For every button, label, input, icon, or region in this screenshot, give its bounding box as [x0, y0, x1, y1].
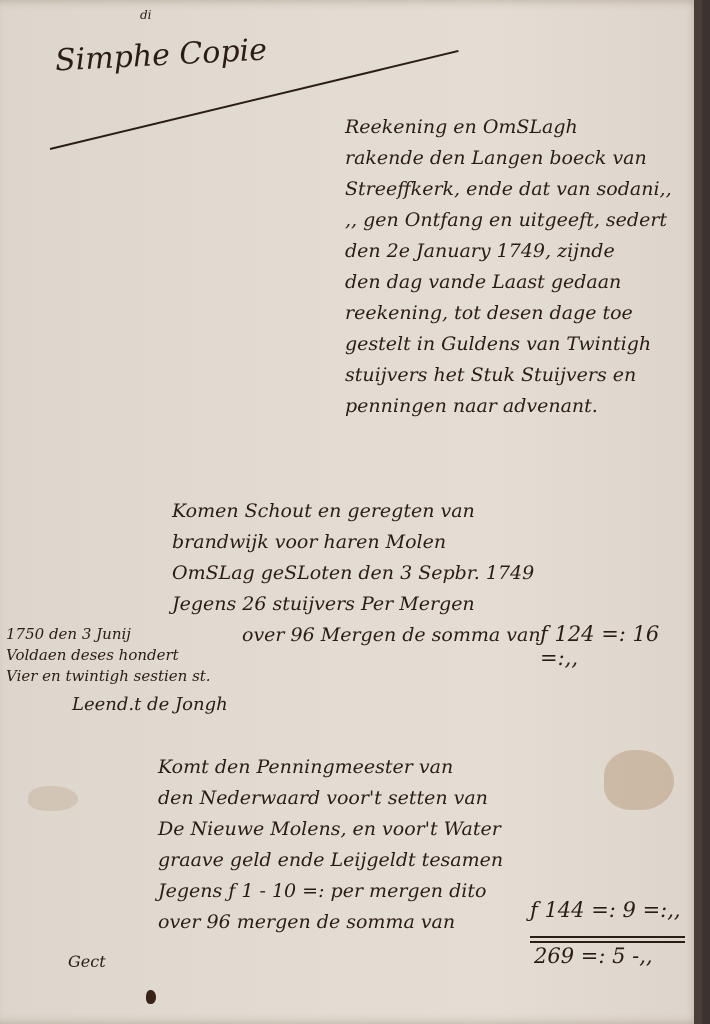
intro-line: rakende den Langen boeck van [345, 143, 672, 174]
entry-1-amount: ƒ 124 =: 16 =:,, [540, 622, 702, 670]
intro-line: stuijvers het Stuk Stuijvers en [345, 360, 672, 391]
entry-2-amount: ƒ 144 =: 9 =:,, [530, 898, 681, 922]
entry-line: Jegens 26 stuijvers Per Mergen [172, 589, 541, 620]
entry-line: over 96 mergen de somma van [158, 907, 503, 938]
intro-line: gestelt in Guldens van Twintigh [345, 329, 672, 360]
margin-line: Voldaen deses hondert [6, 645, 211, 666]
sum-rule [530, 936, 685, 938]
intro-line: reekening, tot desen dage toe [345, 298, 672, 329]
manuscript-page: Simphe Copie di Reekening en OmSLagh rak… [0, 0, 702, 1024]
entry-1: Komen Schout en geregten van brandwijk v… [172, 496, 541, 651]
signature: Leend.t de Jongh [72, 694, 228, 715]
entry-line: graave geld ende Leijgeldt tesamen [158, 845, 503, 876]
intro-line: den 2e January 1749, zijnde [345, 236, 672, 267]
total-amount: 269 =: 5 -,, [534, 944, 653, 968]
entry-2: Komt den Penningmeester van den Nederwaa… [158, 752, 503, 938]
water-stain [604, 750, 674, 810]
margin-line: 1750 den 3 Junij [6, 624, 211, 645]
entry-1-margin-note: 1750 den 3 Junij Voldaen deses hondert V… [6, 624, 211, 687]
entry-line: den Nederwaard voor't setten van [158, 783, 503, 814]
water-stain [28, 786, 78, 811]
entry-line: De Nieuwe Molens, en voor't Water [158, 814, 503, 845]
heading-superscript: di [140, 8, 152, 22]
ink-blot [146, 990, 156, 1004]
margin-line: Vier en twintigh sestien st. [6, 666, 211, 687]
intro-line: penningen naar advenant. [345, 391, 672, 422]
entry-line: OmSLag geSLoten den 3 Sepbr. 1749 [172, 558, 541, 589]
intro-line: ,, gen Ontfang en uitgeeft, sedert [345, 205, 672, 236]
entry-line: brandwijk voor haren Molen [172, 527, 541, 558]
page-heading: Simphe Copie [54, 32, 268, 78]
entry-line: Komen Schout en geregten van [172, 496, 541, 527]
sum-rule [530, 941, 685, 943]
intro-block: Reekening en OmSLagh rakende den Langen … [345, 112, 672, 422]
intro-line: Reekening en OmSLagh [345, 112, 672, 143]
entry-line: Komt den Penningmeester van [158, 752, 503, 783]
intro-line: den dag vande Laast gedaan [345, 267, 672, 298]
page-edge [694, 0, 702, 1024]
intro-line: Streeffkerk, ende dat van sodani,, [345, 174, 672, 205]
entry-line: over 96 Mergen de somma van [172, 620, 541, 651]
entry-line: Jegens ƒ 1 - 10 =: per mergen dito [158, 876, 503, 907]
footer-mark: Gect [68, 952, 106, 971]
